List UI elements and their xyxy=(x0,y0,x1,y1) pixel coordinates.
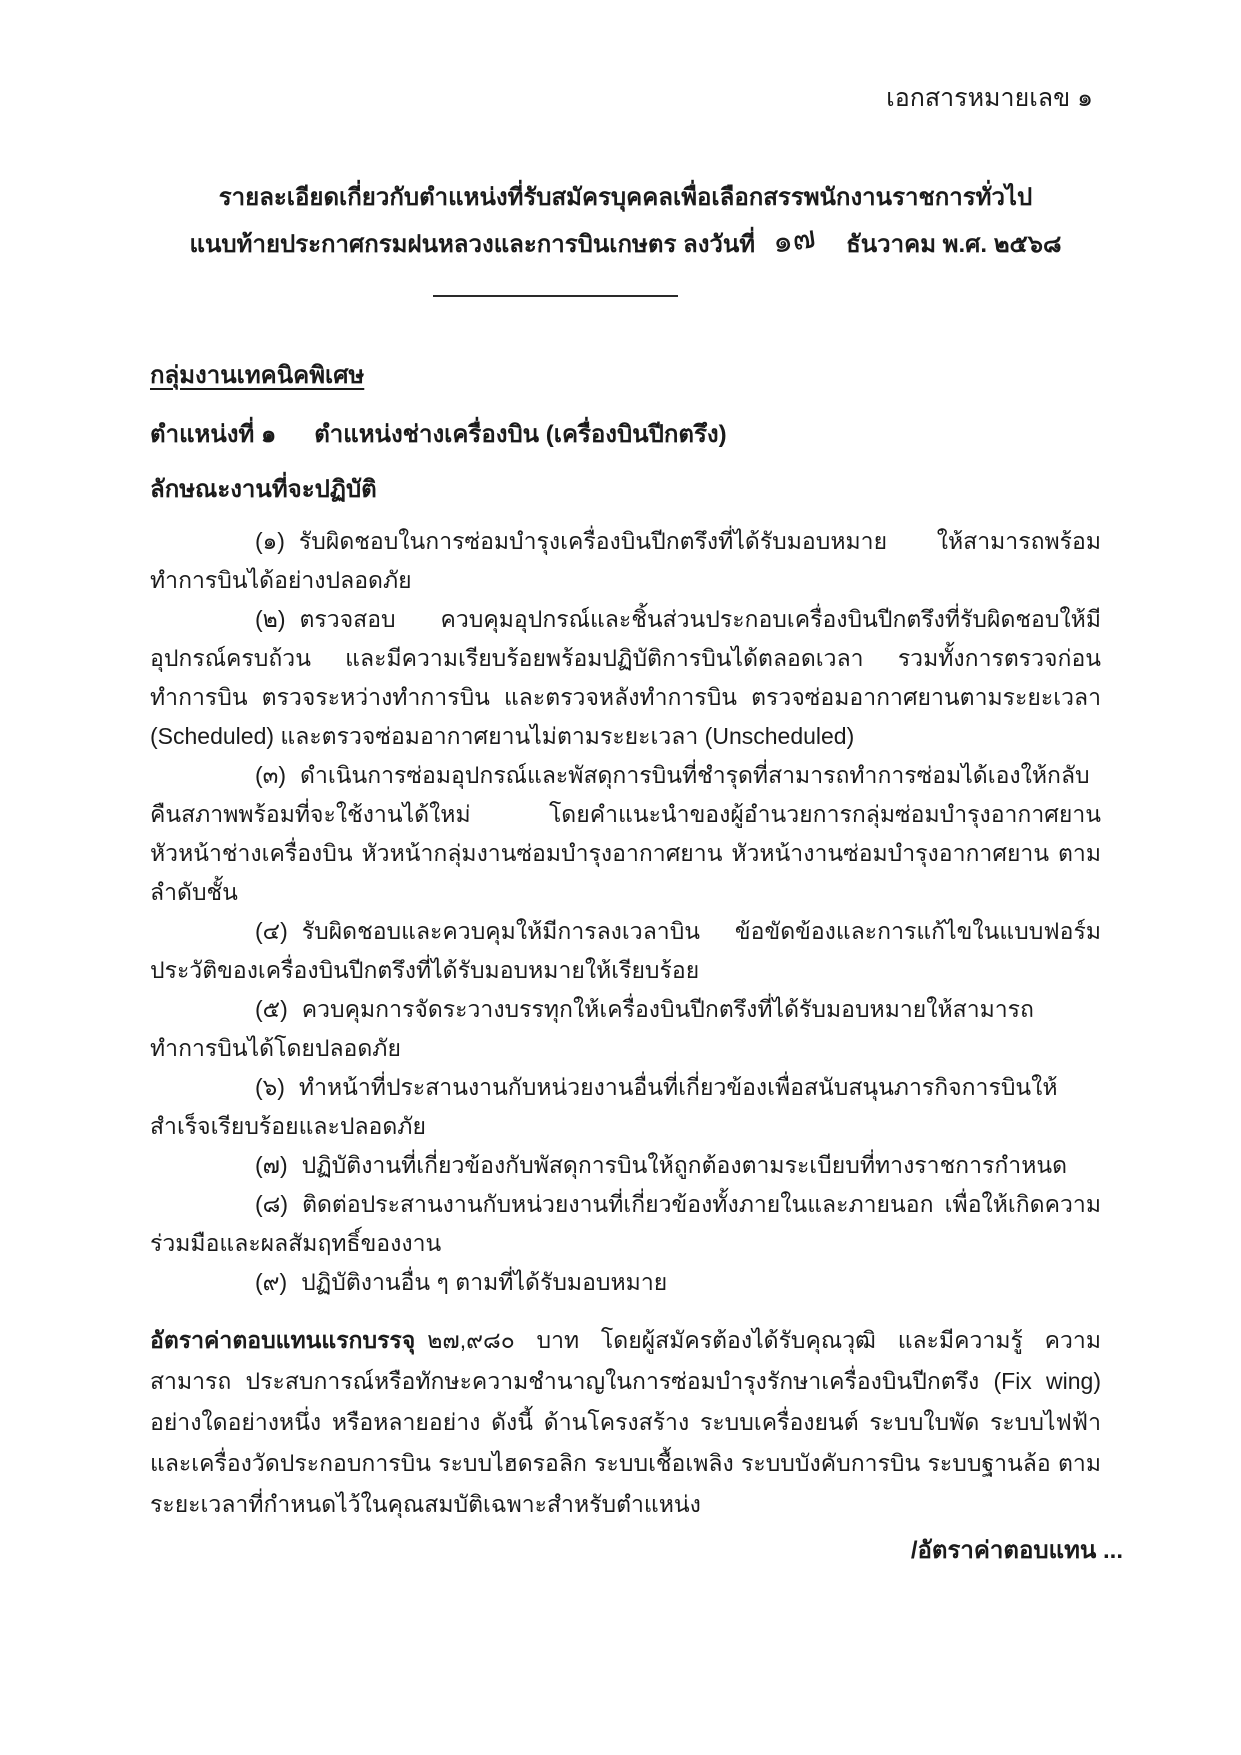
duties-list: (๑)รับผิดชอบในการซ่อมบำรุงเครื่องบินปีกต… xyxy=(150,522,1101,1302)
duty-item-1: (๑)รับผิดชอบในการซ่อมบำรุงเครื่องบินปีกต… xyxy=(150,522,1101,600)
title-line-2-suffix: ธันวาคม พ.ศ. ๒๕๖๘ xyxy=(846,231,1061,258)
title-divider xyxy=(433,295,678,297)
salary-body: ๒๗,๙๘๐ บาท โดยผู้สมัครต้องได้รับคุณวุฒิ … xyxy=(150,1327,1101,1517)
salary-lead: อัตราค่าตอบแทนแรกบรรจุ xyxy=(150,1327,415,1353)
duty-number: (๒) xyxy=(255,606,285,632)
duty-number: (๕) xyxy=(255,996,288,1022)
duty-item-9: (๙)ปฏิบัติงานอื่น ๆ ตามที่ได้รับมอบหมาย xyxy=(150,1263,1101,1302)
duty-item-4: (๔)รับผิดชอบและควบคุมให้มีการลงเวลาบิน ข… xyxy=(150,912,1101,990)
duty-item-3: (๓)ดำเนินการซ่อมอุปกรณ์และพัสดุการบินที่… xyxy=(150,756,1101,912)
document-title: รายละเอียดเกี่ยวกับตำแหน่งที่รับสมัครบุค… xyxy=(150,176,1101,267)
duty-number: (๑) xyxy=(255,528,285,554)
title-line-1: รายละเอียดเกี่ยวกับตำแหน่งที่รับสมัครบุค… xyxy=(150,176,1101,220)
duty-item-6: (๖)ทำหน้าที่ประสานงานกับหน่วยงานอื่นที่เ… xyxy=(150,1068,1101,1146)
duty-text: ปฏิบัติงานที่เกี่ยวข้องกับพัสดุการบินให้… xyxy=(302,1152,1067,1178)
duty-text: ติดต่อประสานงานกับหน่วยงานที่เกี่ยวข้องท… xyxy=(150,1191,1101,1256)
duty-text: ดำเนินการซ่อมอุปกรณ์และพัสดุการบินที่ชำร… xyxy=(150,762,1101,905)
duty-text: ทำหน้าที่ประสานงานกับหน่วยงานอื่นที่เกี่… xyxy=(150,1074,1058,1139)
duty-text: รับผิดชอบในการซ่อมบำรุงเครื่องบินปีกตรึง… xyxy=(150,528,1101,593)
footer-continuation-note: /อัตราค่าตอบแทน ... xyxy=(911,1530,1123,1569)
duty-item-7: (๗)ปฏิบัติงานที่เกี่ยวข้องกับพัสดุการบิน… xyxy=(150,1146,1101,1185)
duty-item-8: (๘)ติดต่อประสานงานกับหน่วยงานที่เกี่ยวข้… xyxy=(150,1185,1101,1263)
duty-text: ตรวจสอบ ควบคุมอุปกรณ์และชิ้นส่วนประกอบเค… xyxy=(150,606,1101,749)
duty-item-2: (๒)ตรวจสอบ ควบคุมอุปกรณ์และชิ้นส่วนประกอ… xyxy=(150,600,1101,756)
duty-number: (๓) xyxy=(255,762,286,788)
duty-number: (๗) xyxy=(255,1152,288,1178)
position-label: ตำแหน่งที่ ๑ xyxy=(150,421,276,448)
salary-paragraph: อัตราค่าตอบแทนแรกบรรจุ๒๗,๙๘๐ บาท โดยผู้ส… xyxy=(150,1320,1101,1525)
handwritten-date: ๑๗ xyxy=(770,215,819,265)
doc-number-label: เอกสารหมายเลข ๑ xyxy=(150,78,1101,118)
duty-text: ปฏิบัติงานอื่น ๆ ตามที่ได้รับมอบหมาย xyxy=(301,1269,667,1295)
group-heading: กลุ่มงานเทคนิคพิเศษ xyxy=(150,355,1101,394)
duty-number: (๙) xyxy=(255,1269,287,1295)
position-title: ตำแหน่งช่างเครื่องบิน (เครื่องบินปีกตรึง… xyxy=(314,421,726,448)
title-line-2-prefix: แนบท้ายประกาศกรมฝนหลวงและการบินเกษตร ลงว… xyxy=(190,231,756,258)
duty-number: (๘) xyxy=(255,1191,288,1217)
duty-item-5: (๕)ควบคุมการจัดระวางบรรทุกให้เครื่องบินป… xyxy=(150,990,1101,1068)
duties-heading: ลักษณะงานที่จะปฏิบัติ xyxy=(150,469,1101,508)
duty-number: (๖) xyxy=(255,1074,285,1100)
title-line-2: แนบท้ายประกาศกรมฝนหลวงและการบินเกษตร ลงว… xyxy=(150,220,1101,267)
duty-text: รับผิดชอบและควบคุมให้มีการลงเวลาบิน ข้อข… xyxy=(150,918,1101,983)
document-page: เอกสารหมายเลข ๑ รายละเอียดเกี่ยวกับตำแหน… xyxy=(0,0,1241,1755)
duty-number: (๔) xyxy=(255,918,288,944)
position-row: ตำแหน่งที่ ๑ตำแหน่งช่างเครื่องบิน (เครื่… xyxy=(150,414,1101,453)
